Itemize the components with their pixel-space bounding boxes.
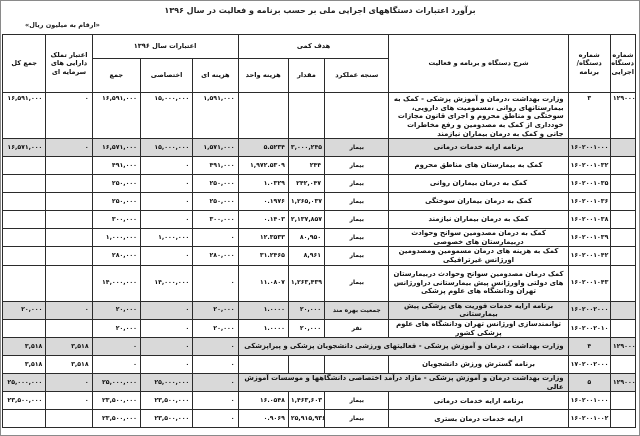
cell-capital-assets: [46, 175, 92, 193]
budget-table: شماره دستگاه اجرایی شماره دستگاه/ برنامه…: [2, 34, 636, 428]
cell-unit-cost: ۱۲.۳۵۳۳: [238, 229, 288, 247]
cell-quantity: ۲۰,۰۰۰: [288, 301, 324, 319]
cell-prog-no: ۱۶۰۲۰۰۱۰۰۰: [568, 139, 610, 157]
unit-note: «ارقام به میلیون ریال»: [25, 21, 100, 29]
cell-description: ارایه خدمات درمان بستری: [389, 410, 568, 428]
cell-description: وزارت بهداشت ، درمان و آموزش پزشکی - فعا…: [238, 338, 568, 356]
cell-unit-cost: ۱,۹۷۲.۵۳۰۹: [238, 157, 288, 175]
cell-description: وزارت بهداشت ،درمان و آموزش پزشکی - کمک …: [389, 93, 568, 139]
cell-dedicated: ۲۳,۵۰۰,۰۰۰: [140, 410, 192, 428]
cell-description: برنامه ارایه خدمات درمانی: [389, 392, 568, 410]
cell-cost-credits: ۰: [193, 338, 238, 356]
col-group-quantitative-goal: هدف کمی: [238, 35, 389, 59]
cell-capital-assets: ۰: [46, 93, 92, 139]
cell-exec-no: [610, 175, 635, 193]
col-header-prog-no: شماره دستگاه/ برنامه: [568, 35, 610, 93]
cell-unit-cost: ۱۶.۰۵۴۸: [238, 392, 288, 410]
table-row: ۱۶۰۲۰۰۲۰۰۰برنامه ارایه خدمات فوریت های پ…: [3, 301, 636, 319]
cell-performance-measure: نفر: [325, 319, 389, 337]
cell-grand-total: [3, 319, 46, 337]
cell-capital-assets: [46, 229, 92, 247]
cell-total: ۱۶,۵۹۱,۰۰۰: [92, 93, 140, 139]
cell-cost-credits: ۲۵۰,۰۰۰: [193, 175, 238, 193]
cell-grand-total: ۲۵,۰۰۰,۰۰۰: [3, 374, 46, 392]
cell-quantity: ۸,۹۶۱: [288, 247, 324, 265]
cell-dedicated: ۲۳,۵۰۰,۰۰۰: [140, 392, 192, 410]
cell-prog-no: ۱۶۰۲۰۰۱۰۳۶: [568, 193, 610, 211]
cell-capital-assets: ۰: [46, 139, 92, 157]
cell-cost-credits: ۰: [193, 265, 238, 301]
table-row: ۱۲۹۰۰۰۵وزارت بهداشت درمان و آموزش پزشکی …: [3, 374, 636, 392]
cell-prog-no: ۴: [568, 338, 610, 356]
cell-cost-credits: ۰: [193, 356, 238, 374]
cell-total: ۱۶,۵۷۱,۰۰۰: [92, 139, 140, 157]
cell-total: ۲۸۰,۰۰۰: [92, 247, 140, 265]
cell-description: توانمندسازی اورژانس تهران ودانشگاه های ع…: [389, 319, 568, 337]
cell-dedicated: ۰: [140, 338, 192, 356]
table-row: ۱۶۰۲۰۰۱۰۳۸کمک به درمان بیماران نیازمندبی…: [3, 211, 636, 229]
table-row: ۱۶۰۲۰۰۱۰۳۹کمک به درمان مصدومین سوانح وحو…: [3, 229, 636, 247]
col-header-unit-cost: هزینه واحد: [238, 59, 288, 93]
document-page: { "page": { "title": "برآورد اعتبارات دس…: [0, 0, 640, 436]
cell-grand-total: ۳,۵۱۸: [3, 338, 46, 356]
cell-exec-no: [610, 392, 635, 410]
cell-total: ۲۵۰,۰۰۰: [92, 193, 140, 211]
cell-total: ۱۴,۰۰۰,۰۰۰: [92, 265, 140, 301]
cell-dedicated: ۰: [140, 356, 192, 374]
cell-unit-cost: ۰.۱۹۷۶: [238, 193, 288, 211]
cell-dedicated: ۰: [140, 193, 192, 211]
cell-total: ۲۳,۵۰۰,۰۰۰: [92, 392, 140, 410]
cell-total: ۱,۰۰۰,۰۰۰: [92, 229, 140, 247]
cell-description: برنامه گسترش ورزش دانشجویان: [389, 356, 568, 374]
table-row: ۱۶۰۲۰۰۱۰۰۰برنامه ارایه خدمات درمانیبیمار…: [3, 392, 636, 410]
col-header-grand-total: جمع کل: [3, 35, 46, 93]
cell-exec-no: [610, 157, 635, 175]
cell-unit-cost: [238, 356, 288, 374]
cell-cost-credits: ۰: [193, 374, 238, 392]
cell-grand-total: ۲۰,۰۰۰: [3, 301, 46, 319]
table-row: ۱۲۹۰۰۰۴وزارت بهداشت ، درمان و آموزش پزشک…: [3, 338, 636, 356]
cell-unit-cost: ۳۱.۲۴۶۵: [238, 247, 288, 265]
cell-quantity: ۲۴۲,۰۴۷: [288, 175, 324, 193]
cell-exec-no: [610, 139, 635, 157]
cell-performance-measure: بیمار: [325, 410, 389, 428]
cell-exec-no: [610, 247, 635, 265]
cell-cost-credits: ۰: [193, 410, 238, 428]
cell-capital-assets: [46, 410, 92, 428]
cell-quantity: ۱,۲۶۵,۰۳۷: [288, 193, 324, 211]
cell-exec-no: [610, 319, 635, 337]
cell-performance-measure: [325, 93, 389, 139]
cell-grand-total: [3, 410, 46, 428]
cell-cost-credits: ۲۵۰,۰۰۰: [193, 193, 238, 211]
cell-exec-no: [610, 229, 635, 247]
cell-quantity: ۲۴۴: [288, 157, 324, 175]
col-header-cost-credits: هزینه ای: [193, 59, 238, 93]
col-header-performance-measure: سنجه عملکرد: [325, 59, 389, 93]
table-row: ۱۲۹۰۰۰۳وزارت بهداشت ،درمان و آموزش پزشکی…: [3, 93, 636, 139]
cell-unit-cost: ۱.۰۰۰۰: [238, 319, 288, 337]
table-header: شماره دستگاه اجرایی شماره دستگاه/ برنامه…: [3, 35, 636, 93]
cell-description: کمک به هزینه های درمان مسمومین ومصدومین …: [389, 247, 568, 265]
cell-cost-credits: ۱,۵۹۱,۰۰۰: [193, 93, 238, 139]
cell-description: کمک به درمان بیماران روانی: [389, 175, 568, 193]
cell-total: ۴۹۱,۰۰۰: [92, 157, 140, 175]
cell-grand-total: [3, 157, 46, 175]
cell-performance-measure: جمعیت بهره مند: [325, 301, 389, 319]
cell-unit-cost: ۱.۰۰۰۰: [238, 301, 288, 319]
cell-capital-assets: ۰: [46, 301, 92, 319]
cell-description: کمک به درمان بیماران سوختگی: [389, 193, 568, 211]
cell-prog-no: ۱۶۰۲۰۰۱۰۰۰: [568, 392, 610, 410]
table-row: ۱۶۰۲۰۰۱۰۳۲کمک به بیمارستان های مناطق محر…: [3, 157, 636, 175]
cell-performance-measure: بیمار: [325, 193, 389, 211]
cell-cost-credits: ۲۸۰,۰۰۰: [193, 247, 238, 265]
cell-capital-assets: [46, 247, 92, 265]
cell-exec-no: ۱۲۹۰۰۰: [610, 93, 635, 139]
table-row: ۱۶۰۲۰۰۱۰۰۰برنامه ارایه خدمات درمانیبیمار…: [3, 139, 636, 157]
cell-exec-no: [610, 265, 635, 301]
cell-prog-no: ۳: [568, 93, 610, 139]
cell-dedicated: ۰: [140, 211, 192, 229]
cell-cost-credits: ۲۰,۰۰۰: [193, 319, 238, 337]
cell-total: ۲۳,۵۰۰,۰۰۰: [92, 410, 140, 428]
col-header-quantity: مقدار: [288, 59, 324, 93]
cell-description: برنامه ارایه خدمات فوریت های پزشکی پیش ب…: [389, 301, 568, 319]
cell-cost-credits: ۲۰,۰۰۰: [193, 301, 238, 319]
cell-unit-cost: ۵.۵۲۳۴: [238, 139, 288, 157]
cell-dedicated: ۱۵,۰۰۰,۰۰۰: [140, 139, 192, 157]
cell-quantity: ۳,۰۰۰,۲۴۵: [288, 139, 324, 157]
cell-unit-cost: ۰.۱۴۰۳: [238, 211, 288, 229]
cell-performance-measure: بیمار: [325, 211, 389, 229]
cell-capital-assets: ۳,۵۱۸: [46, 338, 92, 356]
cell-dedicated: ۰: [140, 175, 192, 193]
cell-cost-credits: ۳۰۰,۰۰۰: [193, 211, 238, 229]
cell-grand-total: ۱۶,۵۹۱,۰۰۰: [3, 93, 46, 139]
cell-unit-cost: ۱.۰۳۲۹: [238, 175, 288, 193]
cell-prog-no: ۱۶۰۲۰۰۱۰۳۸: [568, 211, 610, 229]
cell-capital-assets: [46, 319, 92, 337]
cell-unit-cost: ۱۱.۰۸۰۷: [238, 265, 288, 301]
cell-dedicated: ۰: [140, 301, 192, 319]
cell-total: ۳۰۰,۰۰۰: [92, 211, 140, 229]
col-header-description: شرح دستگاه و برنامه و فعالیت: [389, 35, 568, 93]
page-title: برآورد اعتبارات دستگاههای اجرایی ملی بر …: [1, 6, 639, 15]
cell-capital-assets: ۰: [46, 392, 92, 410]
cell-exec-no: [610, 410, 635, 428]
cell-quantity: [288, 356, 324, 374]
cell-capital-assets: [46, 265, 92, 301]
col-header-capital-assets: اعتبار تملک دارایی های سرمایه ای: [46, 35, 92, 93]
cell-grand-total: [3, 175, 46, 193]
cell-description: برنامه ارایه خدمات درمانی: [389, 139, 568, 157]
table-body: ۱۲۹۰۰۰۳وزارت بهداشت ،درمان و آموزش پزشکی…: [3, 93, 636, 428]
table-row: ۱۶۰۲۰۰۱۰۴۳کمک درمان مصدومین سوانح وحوادث…: [3, 265, 636, 301]
cell-grand-total: [3, 247, 46, 265]
cell-grand-total: ۲۳,۵۰۰,۰۰۰: [3, 392, 46, 410]
cell-cost-credits: ۴۹۱,۰۰۰: [193, 157, 238, 175]
cell-dedicated: ۱۵,۰۰۰,۰۰۰: [140, 93, 192, 139]
cell-total: ۰: [92, 356, 140, 374]
cell-dedicated: ۰: [140, 247, 192, 265]
cell-prog-no: ۱۶۰۲۰۰۱۰۴۲: [568, 247, 610, 265]
cell-total: ۲۵۰,۰۰۰: [92, 175, 140, 193]
cell-cost-credits: ۰: [193, 392, 238, 410]
cell-quantity: ۸۰,۹۵۰: [288, 229, 324, 247]
cell-prog-no: ۵: [568, 374, 610, 392]
table-row: ۱۶۰۲۰۰۱۰۳۶کمک به درمان بیماران سوختگیبیم…: [3, 193, 636, 211]
cell-performance-measure: بیمار: [325, 139, 389, 157]
cell-prog-no: ۱۶۰۲۰۰۲۰۱۰: [568, 319, 610, 337]
col-header-total: جمع: [92, 59, 140, 93]
cell-quantity: ۲۵,۹۱۵,۹۳۶: [288, 410, 324, 428]
cell-exec-no: [610, 211, 635, 229]
cell-performance-measure: بیمار: [325, 265, 389, 301]
cell-total: ۲۰,۰۰۰: [92, 301, 140, 319]
cell-prog-no: ۱۶۰۲۰۰۱۰۳۹: [568, 229, 610, 247]
cell-description: کمک درمان مصدومین سوانح وحوادث دربیمارست…: [389, 265, 568, 301]
cell-dedicated: ۰: [140, 157, 192, 175]
cell-grand-total: [3, 193, 46, 211]
cell-grand-total: ۱۶,۵۷۱,۰۰۰: [3, 139, 46, 157]
cell-quantity: ۲,۱۳۷,۸۵۷: [288, 211, 324, 229]
cell-unit-cost: [238, 93, 288, 139]
cell-dedicated: ۱,۰۰۰,۰۰۰: [140, 229, 192, 247]
cell-quantity: [288, 93, 324, 139]
cell-cost-credits: ۱,۵۷۱,۰۰۰: [193, 139, 238, 157]
cell-total: ۲۵,۰۰۰,۰۰۰: [92, 374, 140, 392]
cell-exec-no: [610, 193, 635, 211]
cell-capital-assets: [46, 157, 92, 175]
cell-prog-no: ۱۶۰۲۰۰۱۰۴۳: [568, 265, 610, 301]
cell-dedicated: ۰: [140, 319, 192, 337]
table-row: ۱۷۰۲۰۰۲۰۰۰برنامه گسترش ورزش دانشجویان۰۰۰…: [3, 356, 636, 374]
cell-capital-assets: ۰: [46, 374, 92, 392]
cell-total: ۰: [92, 338, 140, 356]
cell-grand-total: [3, 211, 46, 229]
cell-performance-measure: [325, 356, 389, 374]
cell-description: وزارت بهداشت درمان و آموزش پزشکی - مازاد…: [238, 374, 568, 392]
cell-quantity: ۲۰,۰۰۰: [288, 319, 324, 337]
cell-performance-measure: بیمار: [325, 247, 389, 265]
cell-prog-no: ۱۶۰۲۰۰۱۰۳۲: [568, 157, 610, 175]
table-row: ۱۶۰۲۰۰۱۰۳۵کمک به درمان بیماران روانیبیما…: [3, 175, 636, 193]
cell-grand-total: [3, 229, 46, 247]
col-header-exec-no: شماره دستگاه اجرایی: [610, 35, 635, 93]
cell-capital-assets: [46, 193, 92, 211]
cell-prog-no: ۱۶۰۲۰۰۲۰۰۰: [568, 301, 610, 319]
cell-prog-no: ۱۷۰۲۰۰۲۰۰۰: [568, 356, 610, 374]
cell-grand-total: [3, 265, 46, 301]
cell-performance-measure: بیمار: [325, 229, 389, 247]
cell-prog-no: ۱۶۰۲۰۰۱۰۰۲: [568, 410, 610, 428]
cell-capital-assets: ۳,۵۱۸: [46, 356, 92, 374]
cell-performance-measure: بیمار: [325, 175, 389, 193]
cell-dedicated: ۱۴,۰۰۰,۰۰۰: [140, 265, 192, 301]
cell-exec-no: ۱۲۹۰۰۰: [610, 338, 635, 356]
table-row: ۱۶۰۲۰۰۱۰۰۲ارایه خدمات درمان بستریبیمار۲۵…: [3, 410, 636, 428]
cell-performance-measure: بیمار: [325, 157, 389, 175]
cell-unit-cost: ۰.۹۰۶۹: [238, 410, 288, 428]
cell-description: کمک به درمان مصدومین سوانح وحوادث دربیما…: [389, 229, 568, 247]
col-header-dedicated: اختصاصی: [140, 59, 192, 93]
cell-prog-no: ۱۶۰۲۰۰۱۰۳۵: [568, 175, 610, 193]
cell-dedicated: ۲۵,۰۰۰,۰۰۰: [140, 374, 192, 392]
cell-performance-measure: بیمار: [325, 392, 389, 410]
cell-description: کمک به درمان بیماران نیازمند: [389, 211, 568, 229]
cell-exec-no: [610, 301, 635, 319]
cell-quantity: ۱,۲۶۳,۴۳۹: [288, 265, 324, 301]
cell-total: ۲۰,۰۰۰: [92, 319, 140, 337]
cell-capital-assets: [46, 211, 92, 229]
table-row: ۱۶۰۲۰۰۲۰۱۰توانمندسازی اورژانس تهران ودان…: [3, 319, 636, 337]
cell-description: کمک به بیمارستان های مناطق محروم: [389, 157, 568, 175]
cell-exec-no: ۱۲۹۰۰۰: [610, 374, 635, 392]
table-row: ۱۶۰۲۰۰۱۰۴۲کمک به هزینه های درمان مسمومین…: [3, 247, 636, 265]
col-group-credits-1396: اعتبارات سال ۱۳۹۶: [92, 35, 238, 59]
cell-cost-credits: ۰: [193, 229, 238, 247]
cell-grand-total: ۳,۵۱۸: [3, 356, 46, 374]
cell-quantity: ۱,۴۶۳,۶۰۳: [288, 392, 324, 410]
cell-exec-no: [610, 356, 635, 374]
